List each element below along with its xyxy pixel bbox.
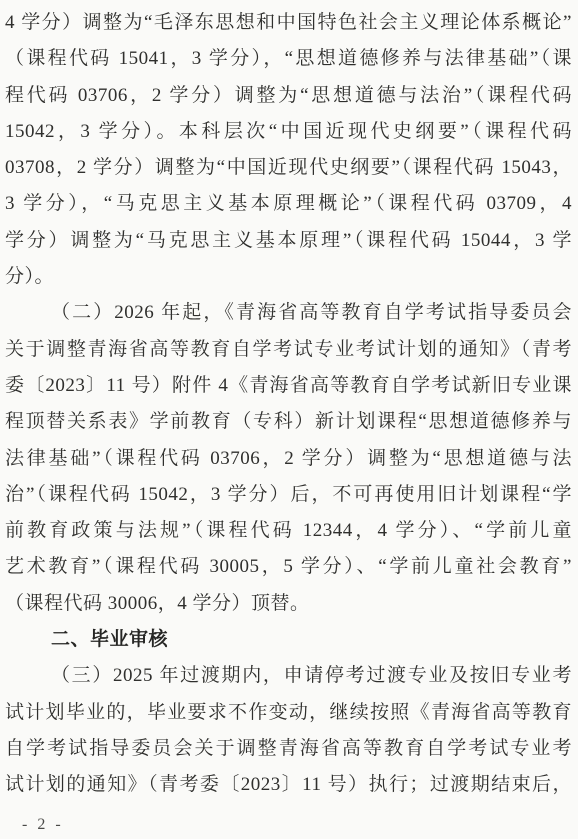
text-line: 4 学分）调整为“毛泽东思想和中国特色社会主义理论体系概论” bbox=[5, 5, 572, 41]
text-line: 关于调整青海省高等教育自学考试专业考试计划的通知》（青考 bbox=[5, 332, 572, 368]
text-line: （三）2025 年过渡期内，申请停考过渡专业及按旧专业考 bbox=[5, 658, 572, 694]
text-line: （课程代码 30006，4 学分）顶替。 bbox=[5, 586, 572, 622]
text-line: 法律基础”（课程代码 03706，2 学分）调整为“思想道德与法 bbox=[5, 441, 572, 477]
text-line: 委〔2023〕11 号）附件 4《青海省高等教育自学考试新旧专业课 bbox=[5, 368, 572, 404]
text-line: 分）。 bbox=[5, 259, 572, 295]
text-line: 学分）调整为“马克思主义基本原理”（课程代码 15044，3 学 bbox=[5, 223, 572, 259]
text-line: （二）2026 年起，《青海省高等教育自学考试指导委员会 bbox=[5, 295, 572, 331]
text-line: 前教育政策与法规”（课程代码 12344，4 学分）、“学前儿童 bbox=[5, 513, 572, 549]
text-line: （课程代码 15041，3 学分），“思想道德修养与法律基础”（课 bbox=[5, 41, 572, 77]
text-line: 艺术教育”（课程代码 30005，5 学分）、“学前儿童社会教育” bbox=[5, 549, 572, 585]
text-line: 3 学分），“马克思主义基本原理概论”（课程代码 03709，4 bbox=[5, 186, 572, 222]
text-line: 试计划毕业的，毕业要求不作变动，继续按照《青海省高等教育 bbox=[5, 695, 572, 731]
page-number: - 2 - bbox=[22, 816, 64, 834]
text-line: 15042，3 学分）。本科层次“中国近现代史纲要”（课程代码 bbox=[5, 114, 572, 150]
section-heading: 二、毕业审核 bbox=[5, 622, 572, 658]
text-line: 治”（课程代码 15042，3 学分）后，不可再使用旧计划课程“学 bbox=[5, 477, 572, 513]
text-line: 03708，2 学分）调整为“中国近现代史纲要”（课程代码 15043， bbox=[5, 150, 572, 186]
text-line: 程代码 03706，2 学分）调整为“思想道德与法治”（课程代码 bbox=[5, 78, 572, 114]
text-line: 自学考试指导委员会关于调整青海省高等教育自学考试专业考 bbox=[5, 731, 572, 767]
document-body: 4 学分）调整为“毛泽东思想和中国特色社会主义理论体系概论”（课程代码 1504… bbox=[5, 5, 572, 804]
text-line: 试计划的通知》（青考委〔2023〕11 号）执行；过渡期结束后， bbox=[5, 767, 572, 803]
text-line: 程顶替关系表》学前教育（专科）新计划课程“思想道德修养与 bbox=[5, 404, 572, 440]
document-page: 4 学分）调整为“毛泽东思想和中国特色社会主义理论体系概论”（课程代码 1504… bbox=[0, 0, 578, 839]
